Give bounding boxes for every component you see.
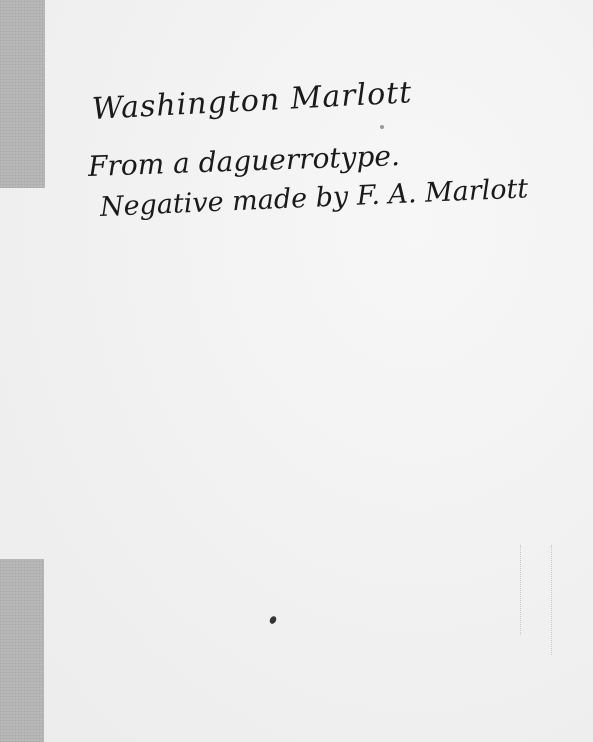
handwritten-name: Washington Marlott <box>91 75 413 127</box>
handwritten-source-note: From a daguerrotype. <box>87 139 400 183</box>
ink-speck <box>268 615 277 625</box>
faint-pencil-mark <box>520 545 523 635</box>
ink-speck <box>380 125 384 129</box>
tape-strip-bottom-left <box>0 559 44 742</box>
scanned-card: Washington Marlott From a daguerrotype. … <box>0 0 593 742</box>
faint-pencil-mark <box>551 545 554 655</box>
tape-strip-top-left <box>0 0 45 188</box>
handwritten-negative-credit: Negative made by F. A. Marlott <box>99 173 528 223</box>
